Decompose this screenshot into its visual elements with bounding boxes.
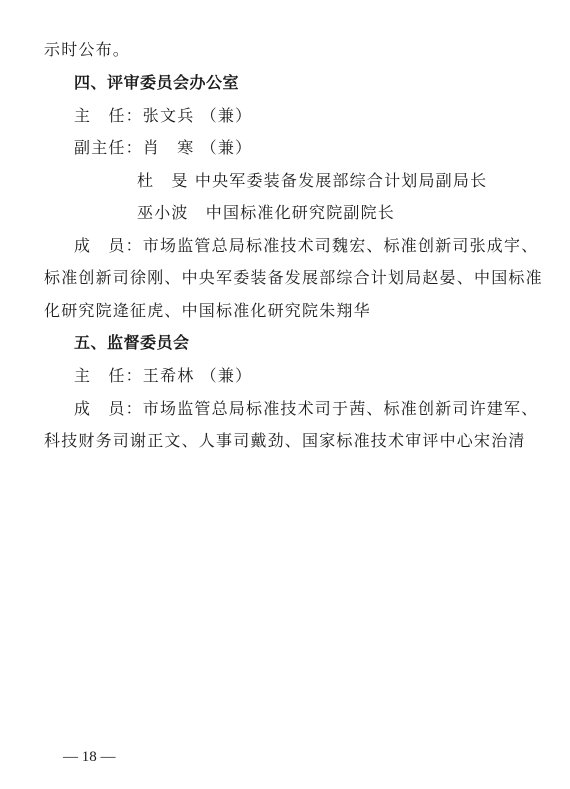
deputy-director-line: 副主任：肖 寒 （兼）: [74, 138, 252, 158]
members-line-2: 标准创新司徐刚、中央军委装备发展部综合计划局赵晏、中国标准: [44, 268, 543, 288]
page-number: — 18 —: [63, 749, 116, 766]
supervision-members-line-1: 成 员：市场监管总局标准技术司于茜、标准创新司许建军、: [74, 399, 538, 419]
director-line: 主 任：张文兵 （兼）: [74, 106, 252, 126]
members-line-1: 成 员：市场监管总局标准技术司魏宏、标准创新司张成宇、: [74, 236, 538, 256]
deputy-director-wu: 巫小波 中国标准化研究院副院长: [137, 203, 395, 223]
deputy-director-du: 杜 旻 中央军委装备发展部综合计划局副局长: [137, 171, 487, 191]
supervision-members-line-2: 科技财务司谢正文、人事司戴劲、国家标准技术审评中心宋治清: [44, 431, 526, 451]
supervision-director-line: 主 任：王希林 （兼）: [74, 366, 252, 386]
paragraph-continuation: 示时公布。: [44, 40, 130, 60]
section-heading-review-office: 四、评审委员会办公室: [74, 73, 239, 93]
section-heading-supervision: 五、监督委员会: [74, 333, 190, 353]
members-line-3: 化研究院逄征虎、中国标准化研究院朱翔华: [44, 301, 371, 321]
